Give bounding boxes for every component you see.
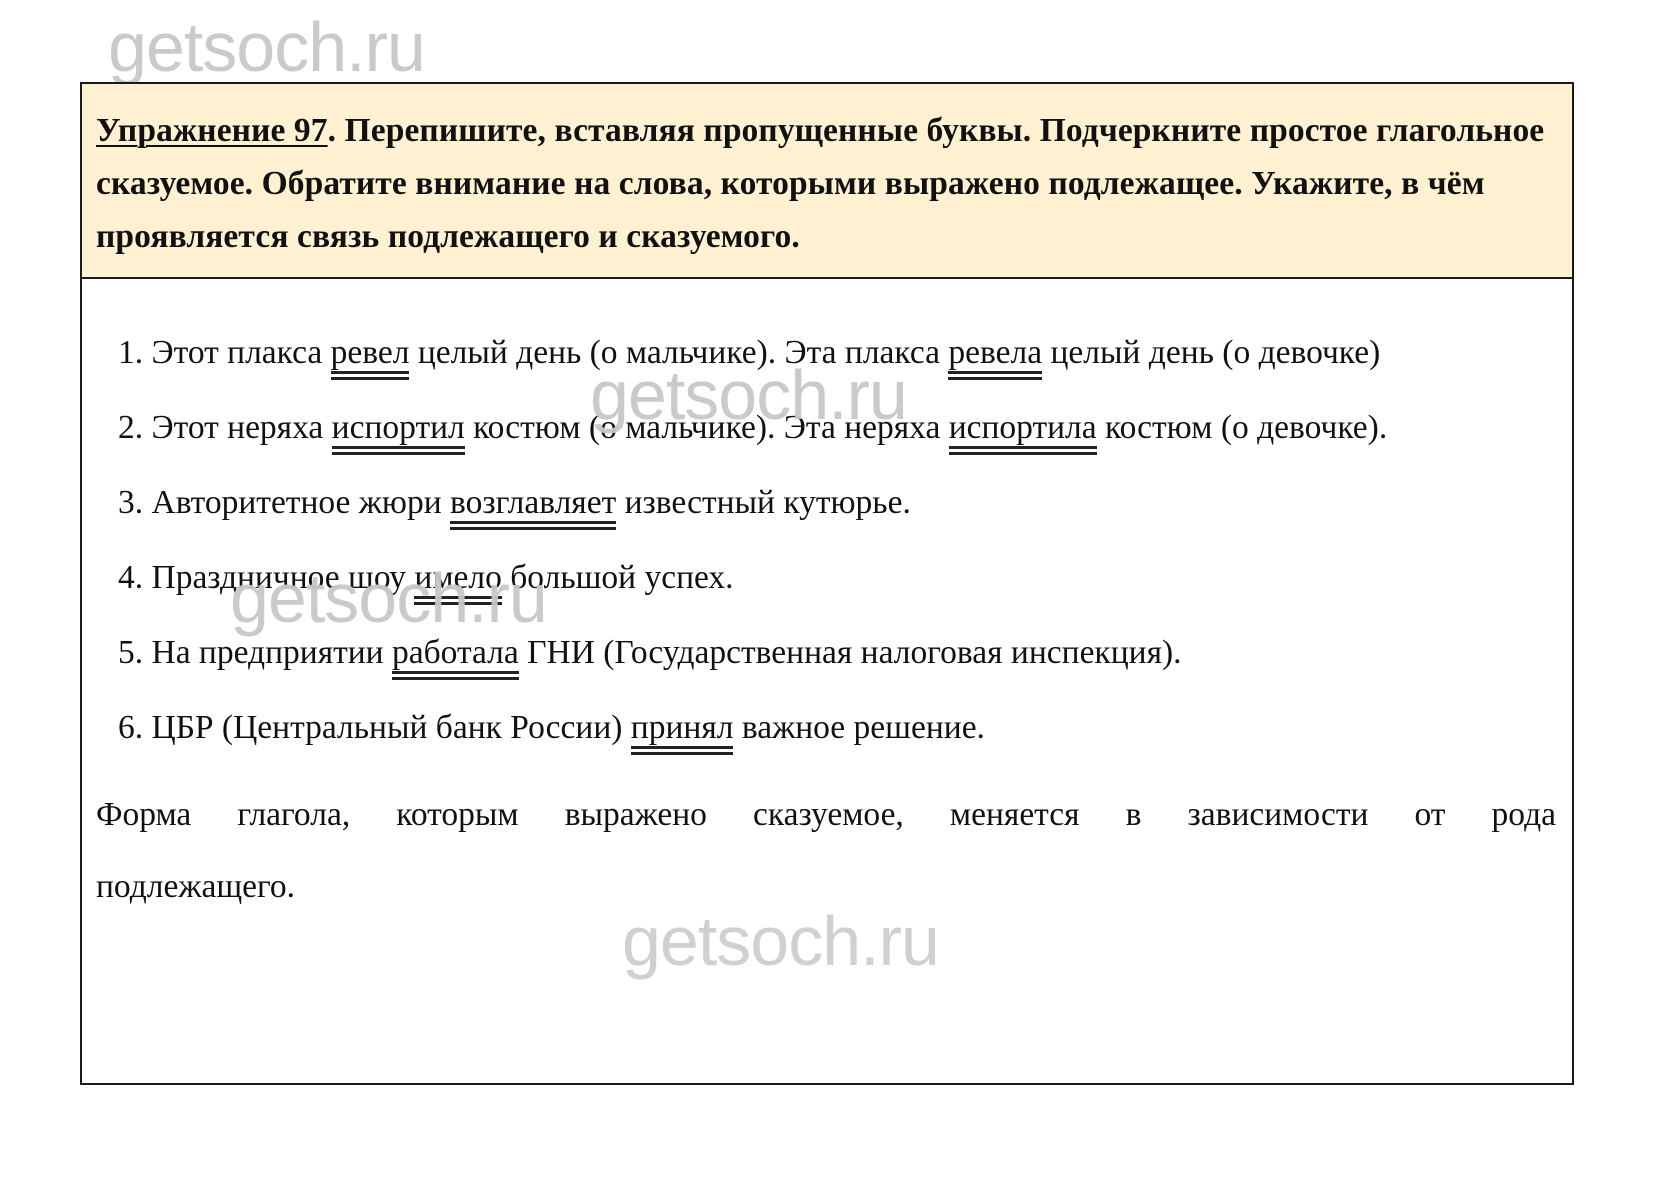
predicate-word: работала (392, 636, 519, 670)
sentence-text: известный кутюрье. (616, 484, 911, 521)
task-instruction: Упражнение 97. Перепишите, вставляя проп… (96, 104, 1558, 263)
task-header: Упражнение 97. Перепишите, вставляя проп… (82, 84, 1572, 279)
answer-item: 1. Этот плакса ревел целый день (о мальч… (118, 315, 1558, 390)
predicate-word: имело (414, 561, 501, 595)
sentence-text: 2. Этот неряха (118, 409, 332, 446)
sentence-text: 1. Этот плакса (118, 334, 331, 371)
answer-section: 1. Этот плакса ревел целый день (о мальч… (82, 279, 1572, 923)
predicate-word: ревел (331, 336, 410, 370)
predicate-word: ревела (948, 336, 1042, 370)
sentence-text: 6. ЦБР (Центральный банк России) (118, 709, 631, 746)
exercise-card: Упражнение 97. Перепишите, вставляя проп… (80, 82, 1574, 1085)
sentence-text: 5. На предприятии (118, 634, 392, 671)
exercise-number: Упражнение 97 (96, 112, 328, 149)
predicate-word: принял (631, 711, 734, 745)
answer-item: 4. Праздничное шоу имело большой успех. (118, 540, 1558, 615)
conclusion-text: Форма глагола, которым выражено сказуемо… (96, 779, 1558, 923)
sentence-text: ГНИ (Государственная налоговая инспекция… (519, 634, 1182, 671)
predicate-word: испортила (949, 411, 1097, 445)
sentence-text: 4. Праздничное шоу (118, 559, 414, 596)
sentence-text: целый день (о мальчике). Эта плакса (409, 334, 948, 371)
sentence-text: 3. Авторитетное жюри (118, 484, 450, 521)
answer-item: 5. На предприятии работала ГНИ (Государс… (118, 615, 1558, 690)
sentence-text: целый день (о девочке) (1042, 334, 1380, 371)
sentence-text: костюм (о мальчике). Эта неряха (465, 409, 949, 446)
answer-item: 3. Авторитетное жюри возглавляет известн… (118, 465, 1558, 540)
sentence-text: большой успех. (502, 559, 734, 596)
sentence-text: костюм (о девочке). (1097, 409, 1388, 446)
predicate-word: испортил (332, 411, 465, 445)
answer-item: 2. Этот неряха испортил костюм (о мальчи… (118, 390, 1558, 465)
watermark-top: getsoch.ru (108, 12, 425, 82)
sentence-text: важное решение. (733, 709, 984, 746)
predicate-word: возглавляет (450, 486, 616, 520)
answer-item: 6. ЦБР (Центральный банк России) принял … (118, 690, 1558, 765)
answer-list: 1. Этот плакса ревел целый день (о мальч… (96, 315, 1558, 765)
